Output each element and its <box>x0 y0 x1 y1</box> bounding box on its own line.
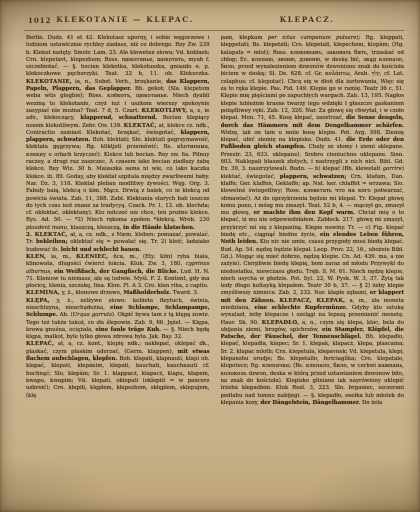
headword: KLEKTAĆ, <box>124 123 157 129</box>
headword: KLEMINA, <box>26 290 60 296</box>
header-rule <box>24 30 404 31</box>
text-segment: leicht und schlecht bauen. <box>61 247 141 253</box>
text-segment: plaudent manu, <box>26 225 69 231</box>
text-segment: Urqua garrula <box>73 312 112 318</box>
text-segment: y, ż., klonowe drzewo, <box>60 290 123 296</box>
text-segment: Tward. 3. <box>171 290 199 296</box>
left-column: Berlin. Dudz. 41 et 42. Klekotasz uporny… <box>26 35 210 469</box>
text-segment: er machte ihm den Kopf warm. <box>254 210 355 216</box>
text-segment: Boh. klektati; Slo. klektati gegrzymawoś… <box>26 137 210 223</box>
headword: KLEKOTANIE, <box>26 79 72 85</box>
dictionary-page-scan: 1012 KLEKOTANIE — KLEPAC. KLEPACZ. Berli… <box>0 0 420 512</box>
headword: KLEKOTLIWY, <box>142 108 188 114</box>
headword: 2. KLEKTAĆ, <box>26 232 68 238</box>
text-segment: klaszczą, kleszczą, <box>69 225 123 231</box>
text-segment: Berlin. Dudz. 41 et 42. Klekotasz uporny… <box>26 35 210 77</box>
headword: KLEPACZ, KLEPAK, <box>279 298 345 304</box>
text-segment: der Dängelstein, Dängelhammer. <box>261 400 361 406</box>
text-segment: eine faule träge Kuh. <box>95 327 161 333</box>
text-segment: bekleiben; <box>36 239 68 245</box>
text-segment: ia, m., <box>46 254 76 260</box>
right-column: pam, klepkam per ictus campanum pulsare)… <box>221 35 405 469</box>
text-segment: Ab. ( <box>58 312 73 318</box>
text-segment: Boh. klapati, klapnauti, klapi ob. klepa… <box>26 356 210 398</box>
headword: KLEPADŁO, <box>262 320 299 326</box>
text-segment: ein Weißfisch, der Gangfisch, die Blicke… <box>52 269 179 275</box>
headword: KLEN, <box>26 254 46 260</box>
text-segment: pam, klepkam <box>221 35 268 41</box>
text-segment: Rg. kleppati, kleppetati; Bs. klepetati;… <box>221 35 405 121</box>
text-segment: garrire <box>383 166 402 172</box>
text-segment: eine schlechte Kupfermünze. <box>254 305 347 311</box>
running-head-right: KLEPACZ. <box>216 15 398 24</box>
running-head: 1012 KLEKOTANIE — KLEPAC. KLEPACZ. <box>0 15 420 29</box>
headword: KLEPAĆ, <box>26 341 54 347</box>
running-head-left: KLEKOTANIE — KLEPAC. <box>44 15 206 24</box>
text-segment: per ictus campanum pulsare); <box>268 35 361 41</box>
text-segment: klappernd, schnatternd. <box>80 115 157 121</box>
headword: KLĘPA, <box>26 298 50 304</box>
text-columns: Berlin. Dudz. 41 et 42. Klekotasz uporny… <box>26 35 404 512</box>
text-segment: Kto nic nie umie, czasu przygody musi bi… <box>221 239 405 296</box>
headword: KLENIEC, <box>76 254 108 260</box>
text-segment: Bh. klepadlo, klepać, klepadła, klapec; … <box>221 334 405 406</box>
text-segment: Maßholderholz. <box>123 290 171 296</box>
text-segment: Do żela <box>360 400 382 406</box>
text-segment: ia, n., Subst. Verb., brzękanie, <box>72 79 166 85</box>
text-segment: in die Hände klatschen. <box>123 225 195 231</box>
text-segment: plappern, schwatzen; <box>280 174 347 180</box>
